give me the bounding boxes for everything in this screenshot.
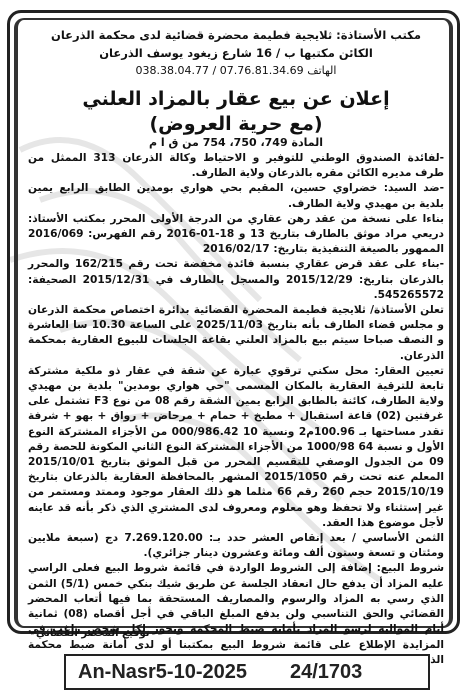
ad-number: 24/1703 [290,661,362,684]
base-price-paragraph: الثمن الأساسي / بعد إنقاص العشر حدد بـ: … [28,531,444,561]
notice-title: إعلان عن بيع عقار بالمزاد العلني [28,86,444,112]
publication-footer: An-Nasr5-10-2025 24/1703 [64,654,430,690]
office-name: مكتب الأستاذة: ثلايجية فطيمة محضرة قضائي… [28,26,444,44]
loan-contract-paragraph: -بناء على عقد قرض عقاري بنسبة فائدة مخفض… [28,257,444,303]
auction-announcement-paragraph: تعلن الأستاذة/ ثلايجية فطيمة المحضرة الق… [28,303,444,364]
legal-article-reference: المادة 749، 750، 754 من ق ا م [28,136,444,150]
phone-label: الهاتف [307,64,336,77]
publication-reference: An-Nasr5-10-2025 [78,661,247,684]
phone-numbers: 038.38.04.77 / 07.76.81.34.69 [136,64,304,77]
bailiff-signature-label: توقيع المحضر القضائي [36,628,149,639]
beneficiary-paragraph: -لفائدة الصندوق الوطني للتوفير و الاحتيا… [28,151,444,181]
notice-subtitle: (مع حرية العروض) [28,112,444,136]
office-address: الكائن مكتبها ب / 16 شارع زيغود يوسف الذ… [28,44,444,62]
defendant-paragraph: -ضد السيد: خضراوي حسين، المقيم بحي هواري… [28,181,444,211]
mortgage-deed-paragraph: بناءا على نسخة من عقد رهن عقاري من الدرج… [28,212,444,258]
property-description-paragraph: تعيين العقار: محل سكني ترقوي عبارة عن شق… [28,364,444,531]
office-phone: الهاتف 038.38.04.77 / 07.76.81.34.69 [28,62,444,80]
notice-content: مكتب الأستاذة: ثلايجية فطيمة محضرة قضائي… [28,26,444,668]
sale-conditions-paragraph: شروط البيع: إضافة إلى الشروط الواردة في … [28,561,444,667]
